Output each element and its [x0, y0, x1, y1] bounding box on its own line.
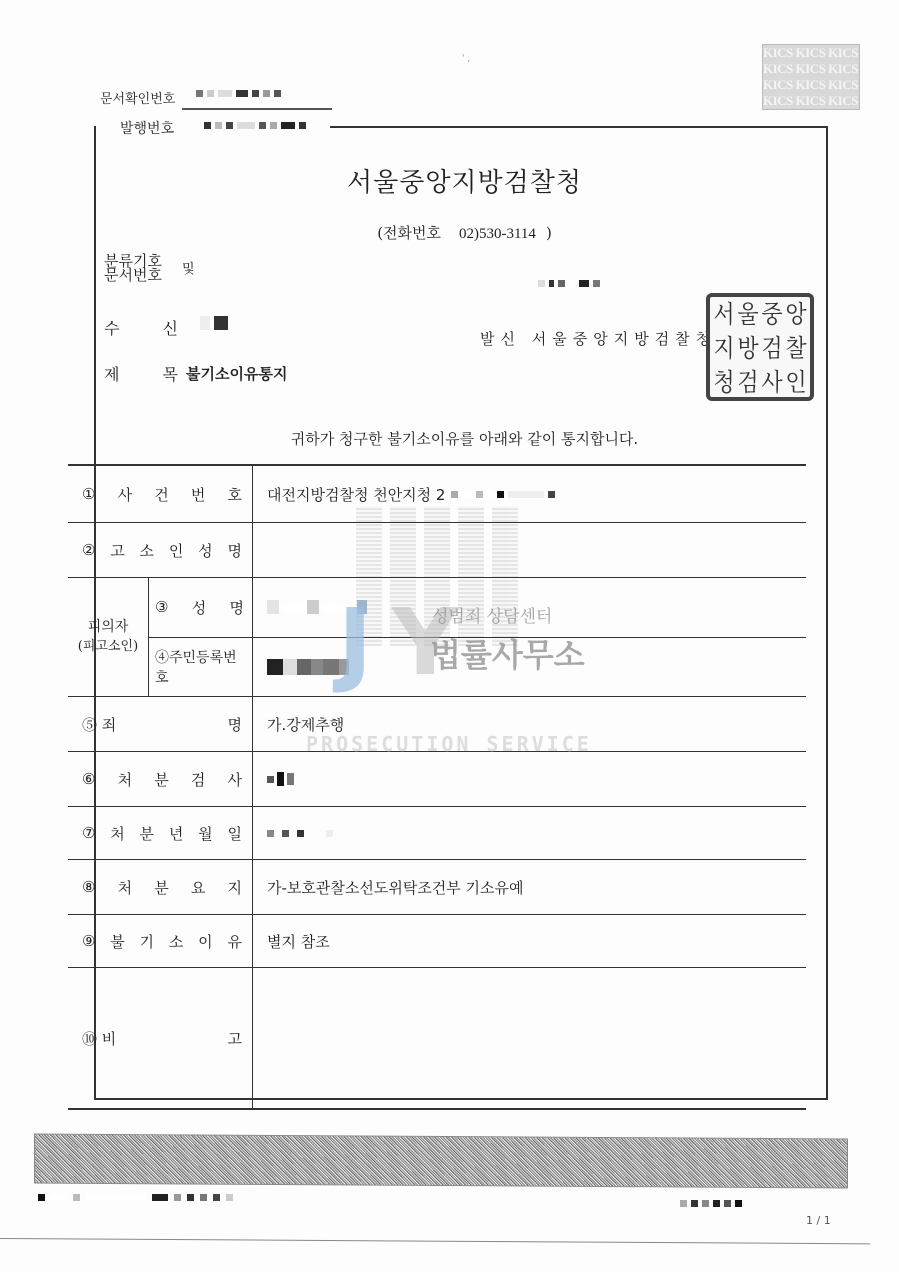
non-prosecution-reason-label: ⑨ 불기소이유: [68, 915, 253, 967]
disposition-summary-value: 가-보호관찰소선도위탁조건부 기소유예: [253, 860, 806, 914]
redaction-bar: [182, 108, 332, 110]
page-edge-line: [0, 1238, 870, 1244]
kics-watermark: KICS KICS KICS KICS KICS KICS KICS KICS …: [762, 44, 860, 110]
footer-left-redacted: [38, 1194, 233, 1201]
classification-and: 및: [182, 258, 195, 277]
table-row-crime: ⑤ 죄 명 가.강제추행: [68, 697, 806, 752]
prosecutor-value: [253, 752, 806, 806]
table-row-suspect: 피의자 (피고소인) ③성명 ④주민등록번호: [68, 578, 806, 697]
table-row-prosecutor: ⑥ 처분검사: [68, 752, 806, 807]
intro-text: 귀하가 청구한 불기소이유를 아래와 같이 통지합니다.: [0, 428, 899, 449]
suspect-name-value: [253, 578, 806, 637]
recipient-label: 수 신: [104, 316, 178, 339]
scan-mark: ' ,: [462, 54, 470, 64]
subject-label: 제 목: [104, 362, 178, 385]
office-phone: (전화번호02)530-3114): [0, 222, 899, 243]
table-row-non-prosecution-reason: ⑨ 불기소이유 별지 참조: [68, 915, 806, 968]
disposition-summary-label: ⑧ 처분요지: [68, 860, 253, 914]
crime-label: ⑤ 죄 명: [68, 697, 253, 751]
disposition-date-label: ⑦ 처분년월일: [68, 807, 253, 859]
document-frame-top: [330, 126, 826, 128]
remarks-value: [253, 968, 806, 1108]
date-redacted: [538, 280, 600, 287]
complainant-value: [253, 523, 806, 577]
table-row-remarks: ⑩ 비 고: [68, 968, 806, 1110]
footer-security-pattern: [34, 1134, 848, 1189]
prosecutor-label: ⑥ 처분검사: [68, 752, 253, 806]
remarks-label: ⑩ 비 고: [68, 968, 253, 1108]
table-row-complainant: ② 고소인성명: [68, 523, 806, 578]
official-seal-stamp: 서울중앙 지방검찰 청검사인: [706, 293, 814, 401]
page-number: 1 / 1: [806, 1214, 831, 1227]
non-prosecution-reason-value: 별지 참조: [253, 915, 806, 967]
doc-confirm-label: 문서확인번호: [100, 88, 175, 107]
table-row-disposition-summary: ⑧ 처분요지 가-보호관찰소선도위탁조건부 기소유예: [68, 860, 806, 915]
doc-confirm-number-redacted: [196, 90, 281, 97]
notice-table: ① 사건번호 대전지방검찰청 천안지청 2 ② 고소인성명 피의자 (피고소인): [68, 464, 806, 1110]
disposition-date-value: [253, 807, 806, 859]
footer-right-redacted: [680, 1200, 742, 1207]
suspect-rrn-label: ④주민등록번호: [149, 637, 252, 697]
office-title: 서울중앙지방검찰청: [0, 162, 899, 199]
table-row-case-number: ① 사건번호 대전지방검찰청 천안지청 2: [68, 466, 806, 523]
subject-value: 불기소이유통지: [186, 363, 287, 384]
suspect-rrn-value: [253, 637, 806, 697]
recipient-redacted: [200, 316, 228, 330]
case-number-value: 대전지방검찰청 천안지청 2: [253, 466, 806, 522]
crime-value: 가.강제추행: [253, 697, 806, 751]
suspect-group-label: 피의자 (피고소인): [68, 578, 149, 696]
classification-label-2: 문서번호: [104, 268, 162, 283]
table-row-disposition-date: ⑦ 처분년월일: [68, 807, 806, 860]
suspect-name-label: ③성명: [149, 578, 252, 637]
case-number-label: ① 사건번호: [68, 466, 253, 522]
complainant-label: ② 고소인성명: [68, 523, 253, 577]
